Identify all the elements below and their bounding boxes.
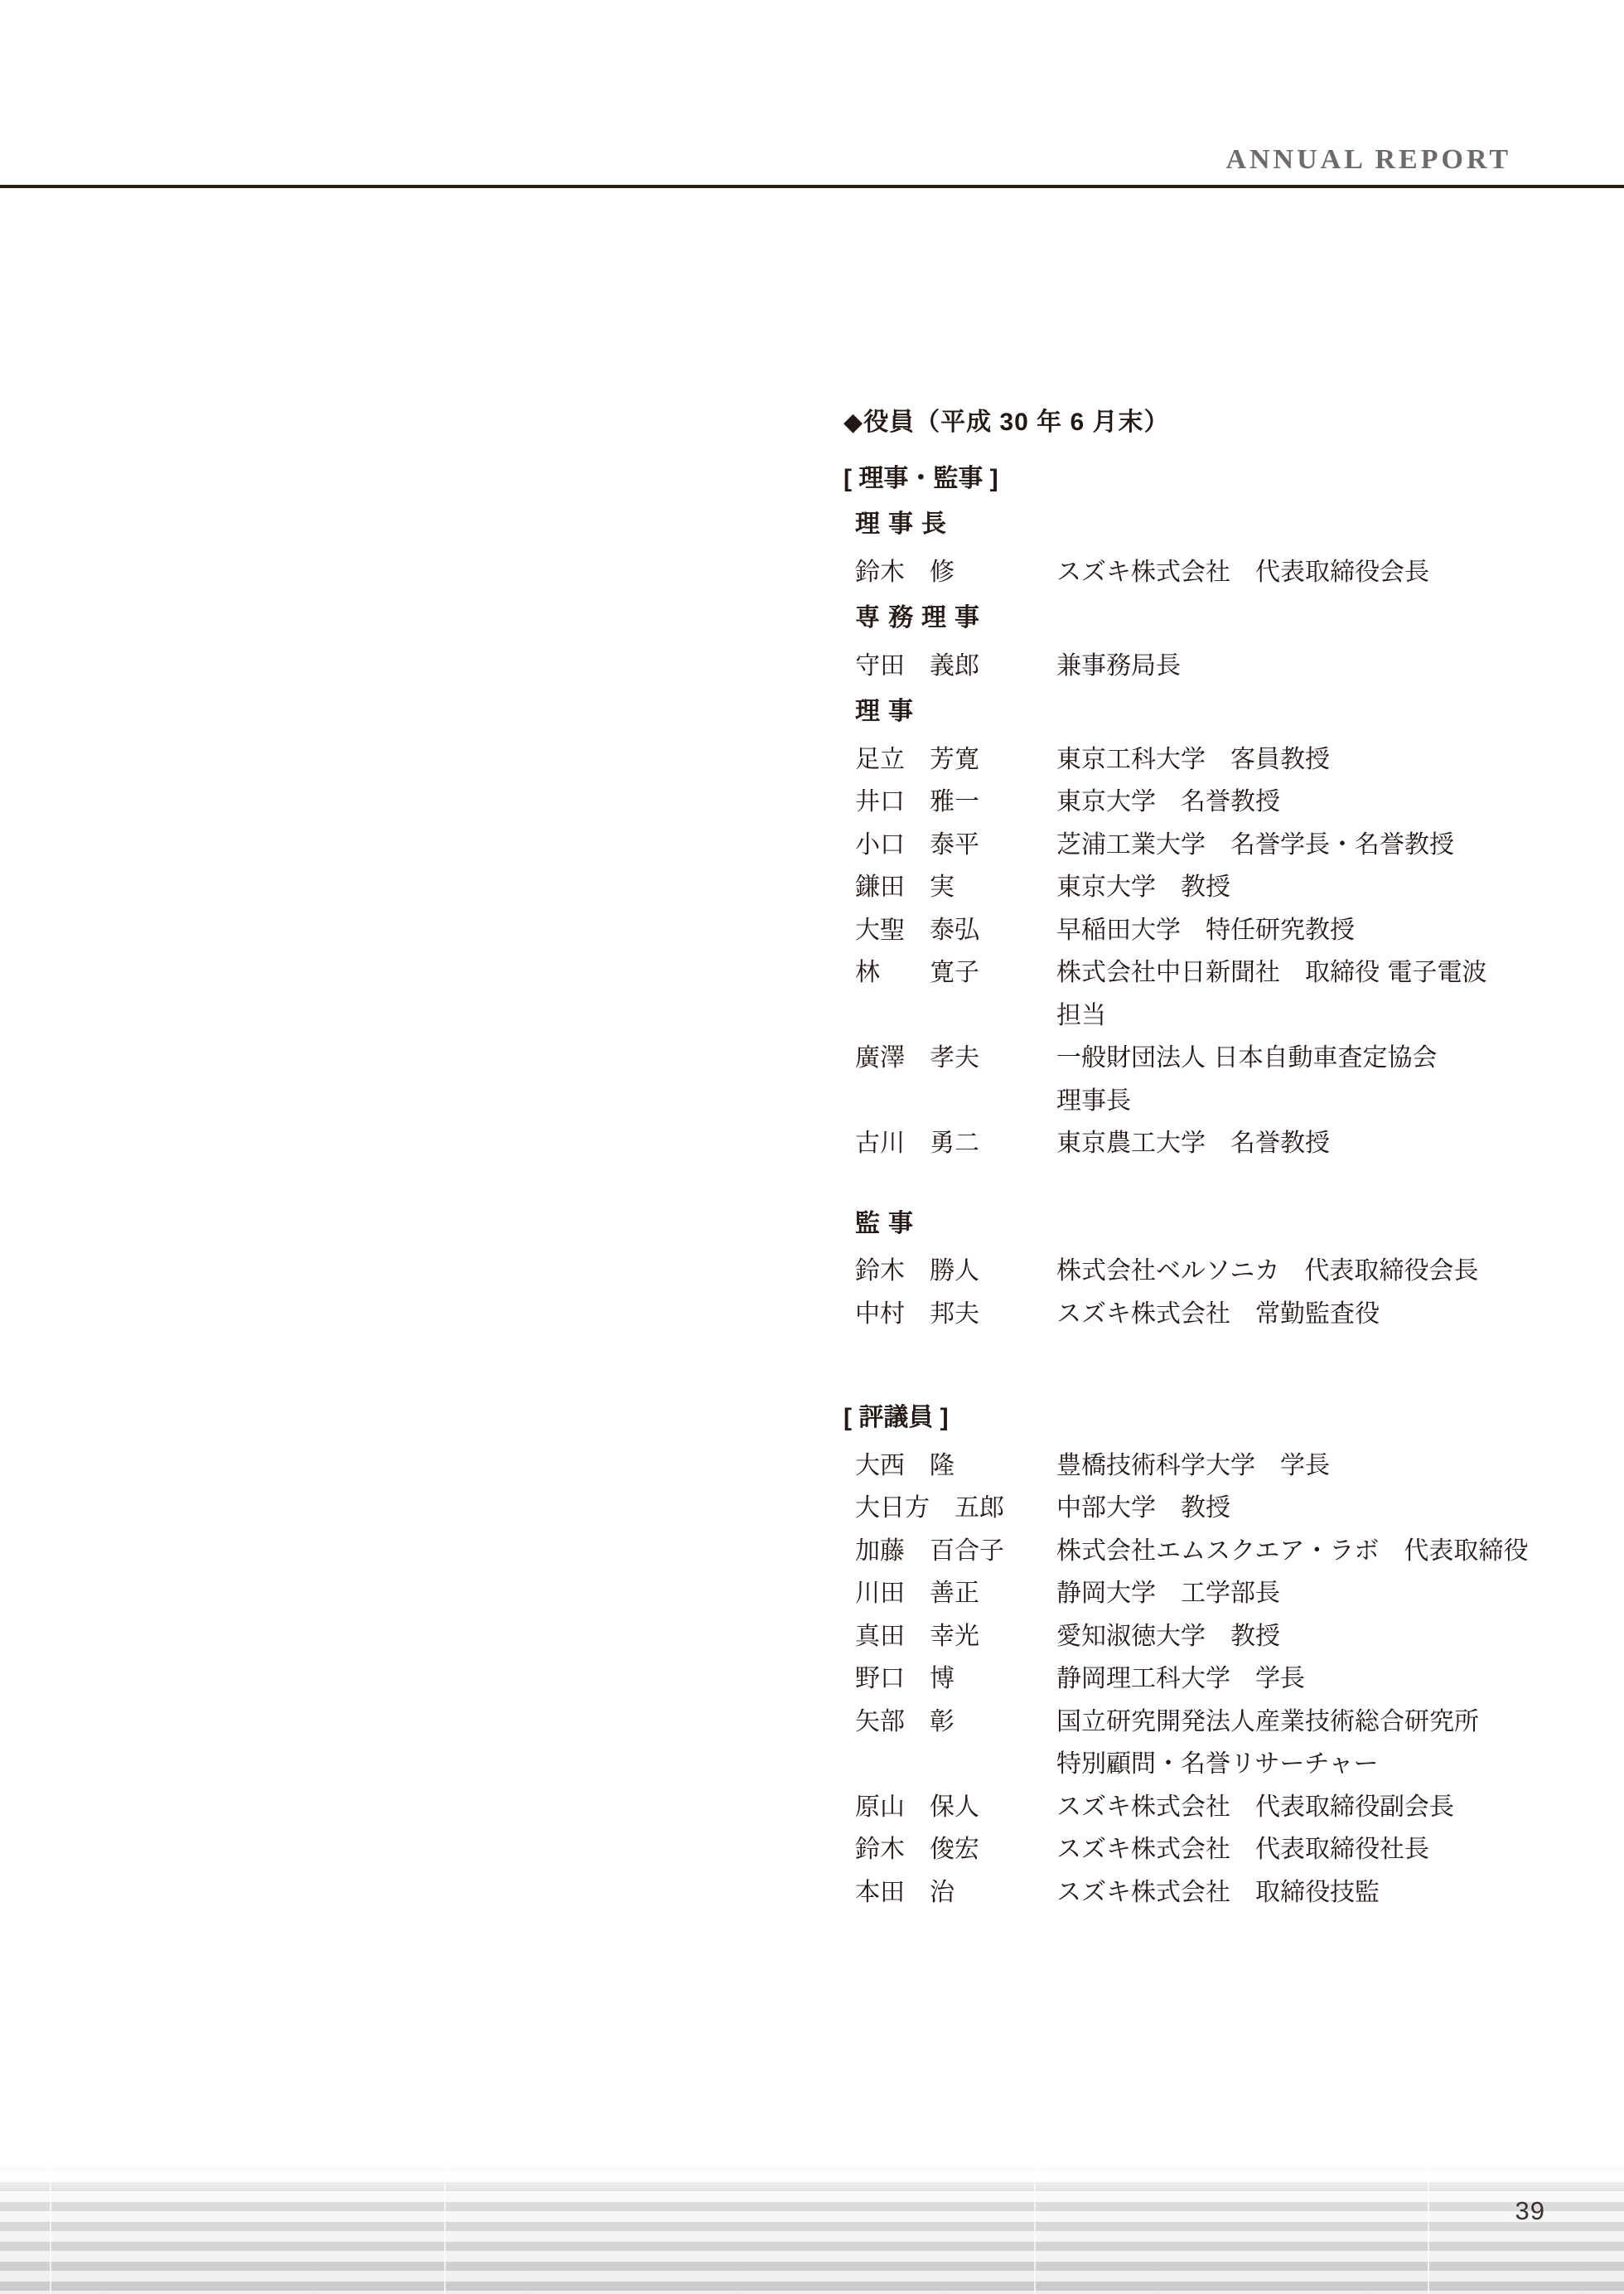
member-title: 愛知淑徳大学 教授 (1056, 1615, 1280, 1658)
member-title-line: 静岡理工科大学 学長 (1056, 1658, 1305, 1701)
member-title: スズキ株式会社 取締役技監 (1056, 1871, 1380, 1914)
member-title-line: 東京大学 教授 (1056, 866, 1230, 909)
member-title: 株式会社エムスクエア・ラボ 代表取締役 (1056, 1530, 1528, 1573)
member-title-line: 特別顧問・名誉リサーチャー (1056, 1743, 1479, 1786)
member-row: 真田 幸光愛知淑徳大学 教授 (855, 1615, 1589, 1658)
member-title: 東京大学 名誉教授 (1056, 781, 1280, 824)
member-row: 矢部 彰国立研究開発法人産業技術総合研究所特別顧問・名誉リサーチャー (855, 1701, 1589, 1786)
member-title-line: 早稲田大学 特任研究教授 (1056, 909, 1355, 952)
page-footer: 39 (0, 2158, 1624, 2294)
member-title: 早稲田大学 特任研究教授 (1056, 909, 1355, 952)
member-title-line: スズキ株式会社 常勤監査役 (1056, 1293, 1380, 1336)
member-title-line: 静岡大学 工学部長 (1056, 1572, 1280, 1615)
member-name: 野口 博 (855, 1658, 1056, 1701)
officers-content: ◆役員（平成 30 年 6 月末） [ 理事・監事 ]理事長鈴木 修スズキ株式会… (843, 401, 1589, 1914)
member-name: 矢部 彰 (855, 1701, 1056, 1744)
member-title: スズキ株式会社 代表取締役社長 (1056, 1828, 1429, 1871)
member-title-line: 東京工科大学 客員教授 (1056, 738, 1330, 782)
officer-group: [ 理事・監事 ]理事長鈴木 修スズキ株式会社 代表取締役会長専務理事守田 義郎… (843, 457, 1589, 1336)
footer-seam (50, 2165, 51, 2294)
page-header-title: ANNUAL REPORT (1225, 146, 1511, 174)
member-title-line: スズキ株式会社 取締役技監 (1056, 1871, 1380, 1914)
member-title-line: 株式会社ベルソニカ 代表取締役会長 (1056, 1250, 1478, 1293)
member-row: 林 寛子株式会社中日新聞社 取締役 電子電波担当 (855, 951, 1589, 1037)
member-title: 中部大学 教授 (1056, 1487, 1230, 1530)
member-title-line: 中部大学 教授 (1056, 1487, 1230, 1530)
member-title: スズキ株式会社 常勤監査役 (1056, 1293, 1380, 1336)
officer-group: [ 評議員 ]大西 隆豊橋技術科学大学 学長大日方 五郎中部大学 教授加藤 百合… (843, 1396, 1589, 1914)
member-name: 川田 善正 (855, 1572, 1056, 1615)
member-name: 真田 幸光 (855, 1615, 1056, 1658)
member-title-line: 東京農工大学 名誉教授 (1056, 1122, 1330, 1165)
member-row: 原山 保人スズキ株式会社 代表取締役副会長 (855, 1786, 1589, 1829)
member-title: 静岡理工科大学 学長 (1056, 1658, 1305, 1701)
member-row: 大日方 五郎中部大学 教授 (855, 1487, 1589, 1530)
member-row: 鈴木 修スズキ株式会社 代表取締役会長 (855, 551, 1589, 594)
member-title-line: スズキ株式会社 代表取締役副会長 (1056, 1786, 1454, 1829)
member-row: 小口 泰平芝浦工業大学 名誉学長・名誉教授 (855, 824, 1589, 867)
member-row: 加藤 百合子株式会社エムスクエア・ラボ 代表取締役 (855, 1530, 1589, 1573)
member-title-line: 株式会社エムスクエア・ラボ 代表取締役 (1056, 1530, 1528, 1573)
member-name: 足立 芳寛 (855, 738, 1056, 782)
member-name: 鈴木 俊宏 (855, 1828, 1056, 1871)
member-title-line: 豊橋技術科学大学 学長 (1056, 1445, 1330, 1488)
member-name: 中村 邦夫 (855, 1293, 1056, 1336)
officers-sections: [ 理事・監事 ]理事長鈴木 修スズキ株式会社 代表取締役会長専務理事守田 義郎… (843, 457, 1589, 1914)
member-row: 大西 隆豊橋技術科学大学 学長 (855, 1445, 1589, 1488)
member-name: 井口 雅一 (855, 781, 1056, 824)
role-header: 専務理事 (855, 597, 1589, 640)
member-row: 大聖 泰弘早稲田大学 特任研究教授 (855, 909, 1589, 952)
member-title-line: スズキ株式会社 代表取締役社長 (1056, 1828, 1429, 1871)
member-title: 株式会社ベルソニカ 代表取締役会長 (1056, 1250, 1478, 1293)
member-title: 静岡大学 工学部長 (1056, 1572, 1280, 1615)
member-row: 井口 雅一東京大学 名誉教授 (855, 781, 1589, 824)
role-header: 監事 (855, 1203, 1589, 1246)
member-title: スズキ株式会社 代表取締役会長 (1056, 551, 1429, 594)
member-row: 足立 芳寛東京工科大学 客員教授 (855, 738, 1589, 782)
member-name: 鎌田 実 (855, 866, 1056, 909)
member-name: 守田 義郎 (855, 645, 1056, 688)
footer-seam (444, 2165, 446, 2294)
member-name: 古川 勇二 (855, 1122, 1056, 1165)
member-title-line: 国立研究開発法人産業技術総合研究所 (1056, 1701, 1479, 1744)
member-title-line: 芝浦工業大学 名誉学長・名誉教授 (1056, 824, 1454, 867)
footer-seam (1428, 2165, 1429, 2294)
member-title-line: 兼事務局長 (1056, 645, 1181, 688)
page-number: 39 (1515, 2198, 1545, 2224)
member-name: 大聖 泰弘 (855, 909, 1056, 952)
member-title: 兼事務局長 (1056, 645, 1181, 688)
header-rule (0, 185, 1624, 188)
member-row: 鈴木 俊宏スズキ株式会社 代表取締役社長 (855, 1828, 1589, 1871)
member-title: 東京工科大学 客員教授 (1056, 738, 1330, 782)
role-header: 理事 (855, 690, 1589, 733)
member-row: 野口 博静岡理工科大学 学長 (855, 1658, 1589, 1701)
member-row: 廣澤 孝夫一般財団法人 日本自動車査定協会理事長 (855, 1037, 1589, 1122)
member-title-line: 愛知淑徳大学 教授 (1056, 1615, 1280, 1658)
member-row: 本田 治スズキ株式会社 取締役技監 (855, 1871, 1589, 1914)
member-title: 豊橋技術科学大学 学長 (1056, 1445, 1330, 1488)
member-title-line: 東京大学 名誉教授 (1056, 781, 1280, 824)
member-title: 芝浦工業大学 名誉学長・名誉教授 (1056, 824, 1454, 867)
member-title-line: 一般財団法人 日本自動車査定協会 (1056, 1037, 1438, 1080)
member-title: 株式会社中日新聞社 取締役 電子電波担当 (1056, 951, 1487, 1037)
member-name: 廣澤 孝夫 (855, 1037, 1056, 1080)
member-title-line: 株式会社中日新聞社 取締役 電子電波 (1056, 951, 1487, 995)
member-name: 大西 隆 (855, 1445, 1056, 1488)
member-title-line: スズキ株式会社 代表取締役会長 (1056, 551, 1429, 594)
member-row: 川田 善正静岡大学 工学部長 (855, 1572, 1589, 1615)
member-name: 加藤 百合子 (855, 1530, 1056, 1573)
group-label: [ 理事・監事 ] (843, 457, 1589, 501)
group-label: [ 評議員 ] (843, 1396, 1589, 1440)
member-title: スズキ株式会社 代表取締役副会長 (1056, 1786, 1454, 1829)
member-title: 東京農工大学 名誉教授 (1056, 1122, 1330, 1165)
member-row: 鎌田 実東京大学 教授 (855, 866, 1589, 909)
member-title: 東京大学 教授 (1056, 866, 1230, 909)
member-name: 原山 保人 (855, 1786, 1056, 1829)
member-row: 鈴木 勝人株式会社ベルソニカ 代表取締役会長 (855, 1250, 1589, 1293)
member-title-line: 担当 (1056, 995, 1487, 1038)
member-row: 守田 義郎兼事務局長 (855, 645, 1589, 688)
role-header: 理事長 (855, 503, 1589, 546)
member-name: 鈴木 修 (855, 551, 1056, 594)
member-row: 中村 邦夫スズキ株式会社 常勤監査役 (855, 1293, 1589, 1336)
member-title-line: 理事長 (1056, 1080, 1438, 1123)
section-title: ◆役員（平成 30 年 6 月末） (843, 401, 1589, 444)
member-name: 林 寛子 (855, 951, 1056, 995)
member-name: 小口 泰平 (855, 824, 1056, 867)
member-title: 国立研究開発法人産業技術総合研究所特別顧問・名誉リサーチャー (1056, 1701, 1479, 1786)
member-name: 鈴木 勝人 (855, 1250, 1056, 1293)
member-row: 古川 勇二東京農工大学 名誉教授 (855, 1122, 1589, 1165)
footer-seam (1034, 2165, 1036, 2294)
member-title: 一般財団法人 日本自動車査定協会理事長 (1056, 1037, 1438, 1122)
member-name: 本田 治 (855, 1871, 1056, 1914)
member-name: 大日方 五郎 (855, 1487, 1056, 1530)
